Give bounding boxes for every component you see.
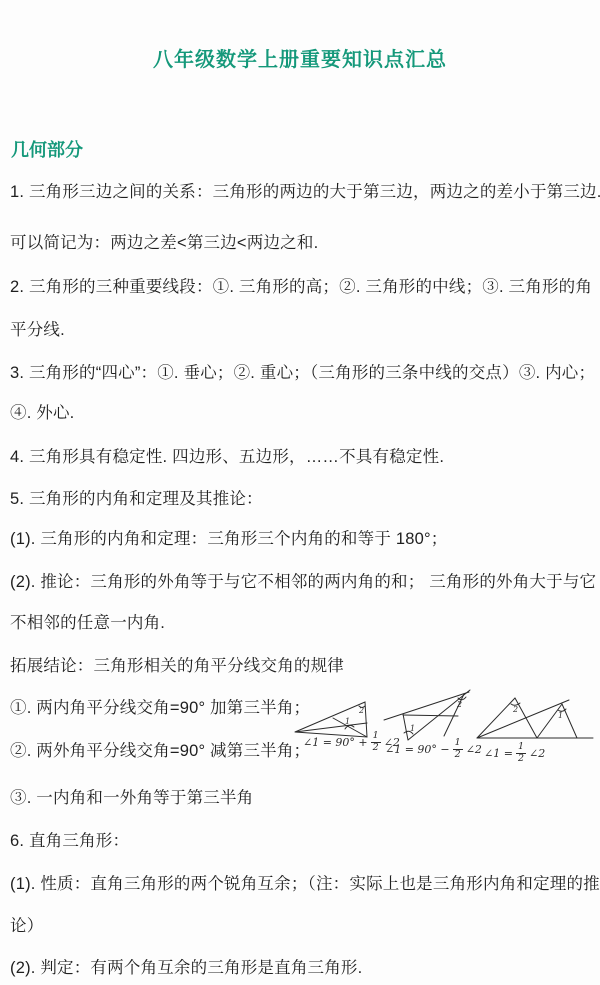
text-line: 3. 三角形的“四心”：①. 垂心；②. 重心；（三角形的三条中线的交点）③. … xyxy=(10,363,595,383)
text-line: 6. 直角三角形： xyxy=(10,831,129,851)
angle-label: 1 xyxy=(558,711,563,720)
formula-half-angle: ∠1 = 1 2 ∠2 xyxy=(484,742,545,765)
formula-suffix: ∠2 xyxy=(466,743,482,756)
text-line: ③. 一内角和一外角等于第三半角 xyxy=(10,788,253,808)
text-line: 拓展结论：三角形相关的角平分线交角的规律 xyxy=(10,656,344,676)
text-line: (1). 三角形的内角和定理：三角形三个内角的和等于 180°； xyxy=(10,529,447,549)
triangle-figure: 1 2 xyxy=(384,689,480,743)
text-line: (2). 判定：有两个角互余的三角形是直角三角形. xyxy=(10,958,362,978)
fraction-denominator: 2 xyxy=(453,750,463,761)
formula-prefix: ∠1 = xyxy=(484,747,513,760)
formula-exterior-bisectors: ∠1 = 90° − 1 2 ∠2 xyxy=(385,738,482,761)
fraction-denominator: 2 xyxy=(371,743,381,754)
text-line: (2). 推论：三角形的外角等于与它不相邻的两内角的和； 三角形的外角大于与它 xyxy=(10,572,596,592)
page-title: 八年级数学上册重要知识点汇总 xyxy=(0,43,600,72)
text-line: 4. 三角形具有稳定性. 四边形、五边形，……不具有稳定性. xyxy=(10,447,444,467)
text-line: (1). 性质：直角三角形的两个锐角互余；（注：实际上也是三角形内角和定理的推 xyxy=(10,874,600,894)
text-line: 5. 三角形的内角和定理及其推论： xyxy=(10,489,263,509)
angle-label: 2 xyxy=(358,706,364,715)
fraction-denominator: 2 xyxy=(516,754,526,765)
text-line: ①. 两内角平分线交角=90° 加第三半角； xyxy=(10,698,310,718)
triangle-lines xyxy=(384,690,470,740)
text-line: ②. 两外角平分线交角=90° 减第三半角； xyxy=(10,741,310,761)
angle-label: 2 xyxy=(456,700,462,709)
text-line: 不相邻的任意一内角. xyxy=(10,613,165,633)
angle-label: 1 xyxy=(410,724,415,733)
text-line: 2. 三角形的三种重要线段：①. 三角形的高；②. 三角形的中线；③. 三角形的… xyxy=(10,277,592,297)
formula-suffix: ∠2 xyxy=(529,747,545,760)
text-line: 平分线. xyxy=(10,320,65,340)
formula-prefix: ∠1 = 90° + xyxy=(303,736,368,749)
triangle-lines xyxy=(477,698,593,738)
document-page: 八年级数学上册重要知识点汇总 几何部分 1. 三角形三边之间的关系：三角形的两边… xyxy=(0,0,600,985)
text-line: 1. 三角形三边之间的关系：三角形的两边的大于第三边，两边之的差小于第三边. xyxy=(10,182,600,202)
angle-label: 1 xyxy=(345,717,350,726)
text-line: 论） xyxy=(10,916,43,936)
fraction: 1 2 xyxy=(371,731,381,754)
fraction: 1 2 xyxy=(516,742,526,765)
fraction: 1 2 xyxy=(453,738,463,761)
triangle-figure: 2 1 xyxy=(477,691,595,741)
angle-label: 2 xyxy=(512,705,518,714)
diagram-two-exterior-bisectors: 1 2 xyxy=(384,689,480,743)
text-line: 可以简记为：两边之差<第三边<两边之和. xyxy=(10,233,318,253)
diagram-interior-exterior-bisector: 2 1 xyxy=(477,691,595,741)
text-line: ④. 外心. xyxy=(10,403,74,423)
section-header: 几何部分 xyxy=(11,136,83,162)
formula-prefix: ∠1 = 90° − xyxy=(385,743,450,756)
